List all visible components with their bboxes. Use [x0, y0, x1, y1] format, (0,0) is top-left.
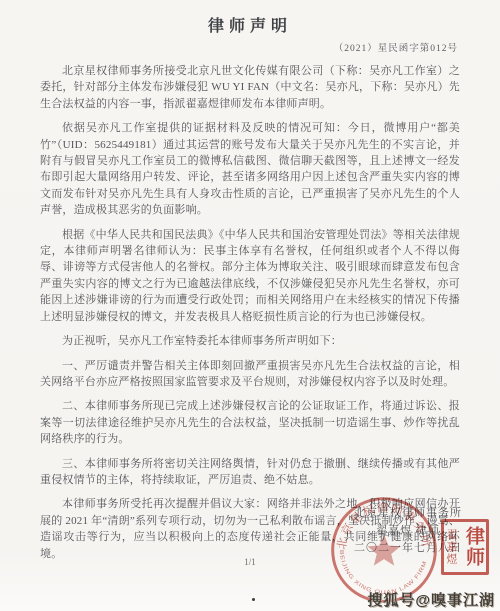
seal-lawyer-title: 律师	[460, 526, 487, 568]
seal-star-icon	[368, 534, 401, 565]
declaration-item-1: 一、严厉谴责并警告相关主体即刻回撤严重损害吴亦凡先生合法权益的言论，相关网络平台…	[40, 358, 460, 391]
seal-lawyer-name: 翟嘉煜	[443, 529, 459, 565]
paragraph-legal-basis: 根据《中华人民共和国民法典》《中华人民共和国治安管理处罚法》等相关法律规定，本律…	[40, 227, 460, 325]
paragraph-declaration-lead: 为正视听，吴亦凡工作室特委托本律师事务所声明如下：	[40, 333, 460, 349]
declaration-item-2: 二、本律师事务所现已完成上述涉嫌侵权言论的公证取证工作，将通过诉讼、报案等一切法…	[40, 398, 460, 447]
document-number: （2021）星民函字第012号	[40, 40, 458, 54]
lawyer-square-seal-icon: 翟嘉煜 律师	[441, 519, 489, 575]
paragraph-intro: 北京星权律师事务所接受北京凡世文化传媒有限公司（下称：吴亦凡工作室）之委托，针对…	[40, 63, 460, 112]
sohu-watermark: 搜狐号@嗅事江湖	[367, 589, 495, 610]
lawyer-statement-page: 律师声明 （2021）星民函字第012号 北京星权律师事务所接受北京凡世文化传媒…	[0, 0, 500, 611]
paragraph-facts: 依据吴亦凡工作室提供的证据材料及反映的情况可知：今日，微博用户“都美竹”（UID…	[40, 120, 460, 218]
declaration-item-3: 三、本律师事务所将密切关注网络舆情，针对仍怠于撤删、继续传播或有其他严重侵权情节…	[40, 456, 460, 489]
scan-speck	[252, 598, 255, 601]
document-title: 律师声明	[40, 13, 460, 36]
